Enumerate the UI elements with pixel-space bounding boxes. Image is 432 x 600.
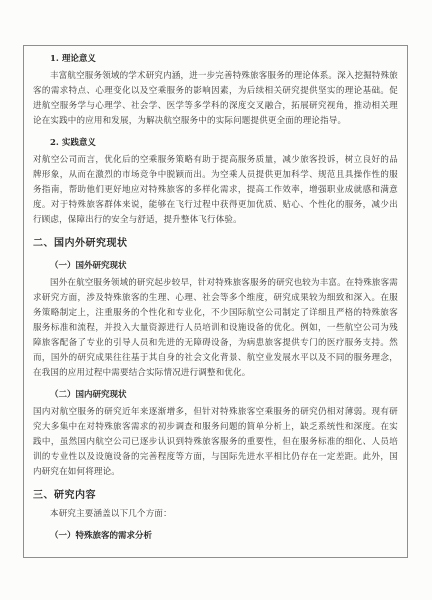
document-page: 1. 理论意义 丰富航空服务领域的学术研究内涵，进一步完善特殊旅客服务的理论体系… [0,0,432,600]
heading-domestic-research-status: （二）国内研究现状 [33,388,398,403]
heading-research-status: 二、国内外研究现状 [33,236,398,252]
para-domestic-research-status: 国内对航空服务的研究近年来逐渐增多，但针对特殊旅客空乘服务的研究仍相对薄弱。现有… [33,405,398,480]
para-foreign-research-status: 国外在航空服务领域的研究起步较早，针对特殊旅客服务的研究也较为丰富。在特殊旅客需… [33,276,398,381]
para-practical-significance: 对航空公司而言，优化后的空乘服务策略有助于提高服务质量，减少旅客投诉，树立良好的… [33,153,398,228]
heading-special-passenger-needs-analysis: （一）特殊旅客的需求分析 [33,529,398,544]
heading-theoretical-significance: 1. 理论意义 [33,52,398,67]
heading-practical-significance: 2. 实践意义 [33,136,398,151]
para-theoretical-significance: 丰富航空服务领域的学术研究内涵，进一步完善特殊旅客服务的理论体系。深入挖掘特殊旅… [33,69,398,129]
heading-foreign-research-status: （一）国外研究现状 [33,259,398,274]
heading-research-content: 三、研究内容 [33,488,398,504]
content-border-box: 1. 理论意义 丰富航空服务领域的学术研究内涵，进一步完善特殊旅客服务的理论体系… [23,45,408,558]
para-research-content-intro: 本研究主要涵盖以下几个方面： [33,507,398,522]
